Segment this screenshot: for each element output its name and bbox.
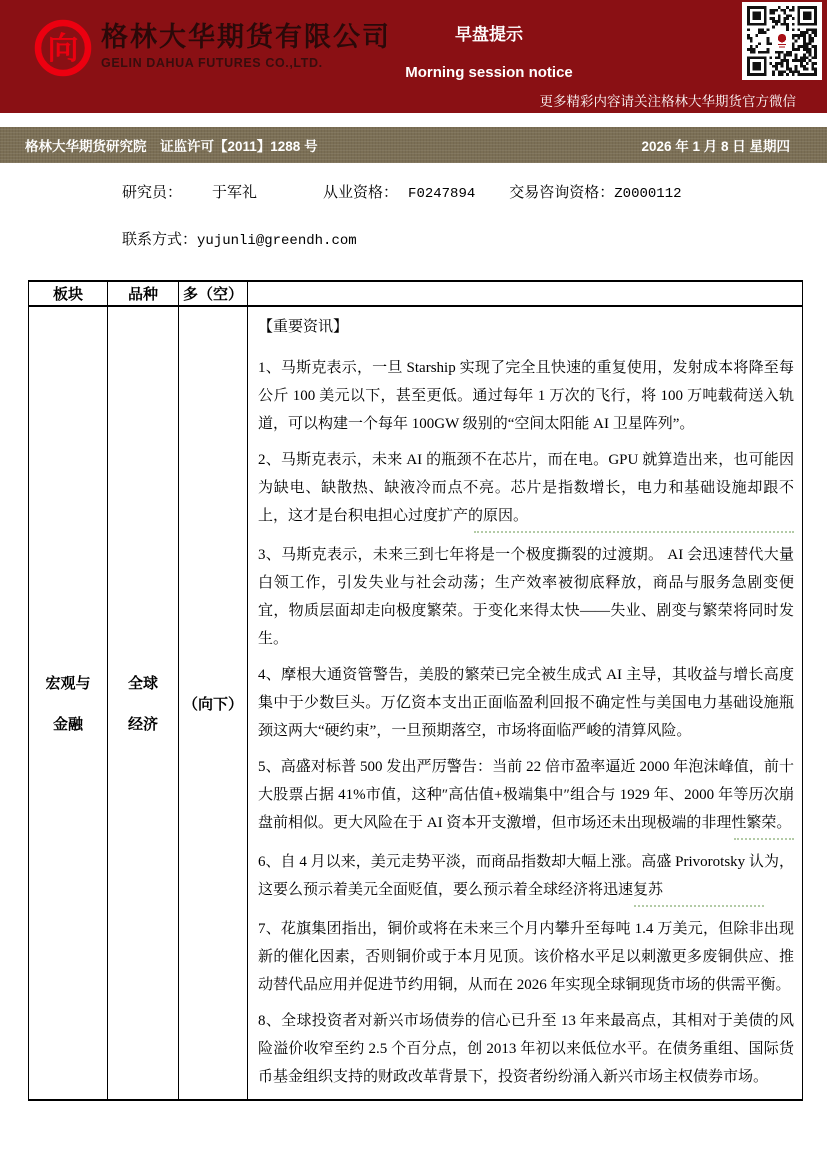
notice-table: 板块 品种 多（空） 宏观与金融 全球经济 （向下） 【重要资讯】 1、马斯克表… [28,280,803,1101]
advisory-number: Z0000112 [614,186,681,202]
variety-line: 经济 [128,713,158,734]
report-date: 2026 年 1 月 8 日 星期四 [641,135,790,155]
contact-email: yujunli@greendh.com [197,233,357,249]
col-header-sector: 板块 [29,281,108,306]
sector-cell: 宏观与金融 [29,306,108,1100]
cert-label: 从业资格： [323,185,398,201]
table-row: 宏观与金融 全球经济 （向下） 【重要资讯】 1、马斯克表示，一旦 Starsh… [29,306,803,1100]
news-paragraph: 8、全球投资者对新兴市场债券的信心已升至 13 年来最高点，其相对于美债的风险溢… [258,1007,794,1091]
researcher-role-label: 研究员： [122,185,182,201]
col-header-content [248,281,803,306]
company-logo-icon: 向 [33,18,93,78]
cert-number: F0247894 [408,186,475,202]
col-header-variety: 品种 [108,281,179,306]
news-paragraph: 7、花旗集团指出，铜价或将在未来三个月内攀升至每吨 1.4 万美元，但除非出现新… [258,915,794,999]
institute-bar: 格林大华期货研究院 证监许可【2011】1288 号 2026 年 1 月 8 … [0,127,827,163]
report-title-block: 早盘提示 Morning session notice [377,20,601,81]
morning-notice-document: 向 格林大华期货有限公司 GELIN DAHUA FUTURES CO.,LTD… [0,0,827,1169]
news-paragraph: 5、高盛对标普 500 发出严厉警告：当前 22 倍市盈率逼近 2000 年泡沫… [258,753,794,840]
variety-line: 全球 [128,672,158,693]
contact-line: 联系方式：yujunli@greendh.com [122,229,827,252]
news-paragraph: 1、马斯克表示，一旦 Starship 实现了完全且快速的重复使用，发射成本将降… [258,354,794,438]
content-cell: 【重要资讯】 1、马斯克表示，一旦 Starship 实现了完全且快速的重复使用… [248,306,803,1100]
wechat-follow-note: 更多精彩内容请关注格林大华期货官方微信 [540,90,797,110]
sector-line: 宏观与 [45,672,90,693]
sector-line: 金融 [53,713,83,734]
direction-cell: （向下） [179,306,248,1100]
wechat-qr-code [742,2,822,80]
news-paragraph: 4、摩根大通资管警告，美股的繁荣已完全被生成式 AI 主导，其收益与增长高度集中… [258,661,794,745]
table-header-row: 板块 品种 多（空） [29,281,803,306]
news-paragraphs: 1、马斯克表示，一旦 Starship 实现了完全且快速的重复使用，发射成本将降… [258,354,794,1091]
col-header-direction: 多（空） [179,281,248,306]
researcher-info: 研究员：于军礼从业资格：F0247894交易咨询资格：Z0000112 联系方式… [122,182,827,252]
institute-license-text: 格林大华期货研究院 证监许可【2011】1288 号 [25,135,318,155]
report-title-cn: 早盘提示 [377,20,601,45]
contact-label: 联系方式： [122,232,197,248]
masthead: 向 格林大华期货有限公司 GELIN DAHUA FUTURES CO.,LTD… [0,0,827,113]
report-title-en: Morning session notice [377,64,601,81]
logo-glyph: 向 [48,31,79,66]
variety-cell: 全球经济 [108,306,179,1100]
content-section-title: 【重要资讯】 [258,313,794,341]
researcher-line: 研究员：于军礼从业资格：F0247894交易咨询资格：Z0000112 [122,182,827,205]
company-name-cn: 格林大华期货有限公司 [101,22,391,52]
company-name-en: GELIN DAHUA FUTURES CO.,LTD. [101,56,391,70]
advisory-label: 交易咨询资格： [509,185,614,201]
company-name-block: 格林大华期货有限公司 GELIN DAHUA FUTURES CO.,LTD. [101,22,391,70]
news-paragraph: 6、自 4 月以来，美元走势平淡，而商品指数却大幅上涨。高盛 Privorots… [258,848,794,907]
news-paragraph: 2、马斯克表示，未来 AI 的瓶颈不在芯片，而在电。GPU 就算造出来，也可能因… [258,446,794,533]
news-paragraph: 3、马斯克表示，未来三到七年将是一个极度撕裂的过渡期。 AI 会迅速替代大量白领… [258,541,794,653]
researcher-name: 于军礼 [212,185,257,201]
